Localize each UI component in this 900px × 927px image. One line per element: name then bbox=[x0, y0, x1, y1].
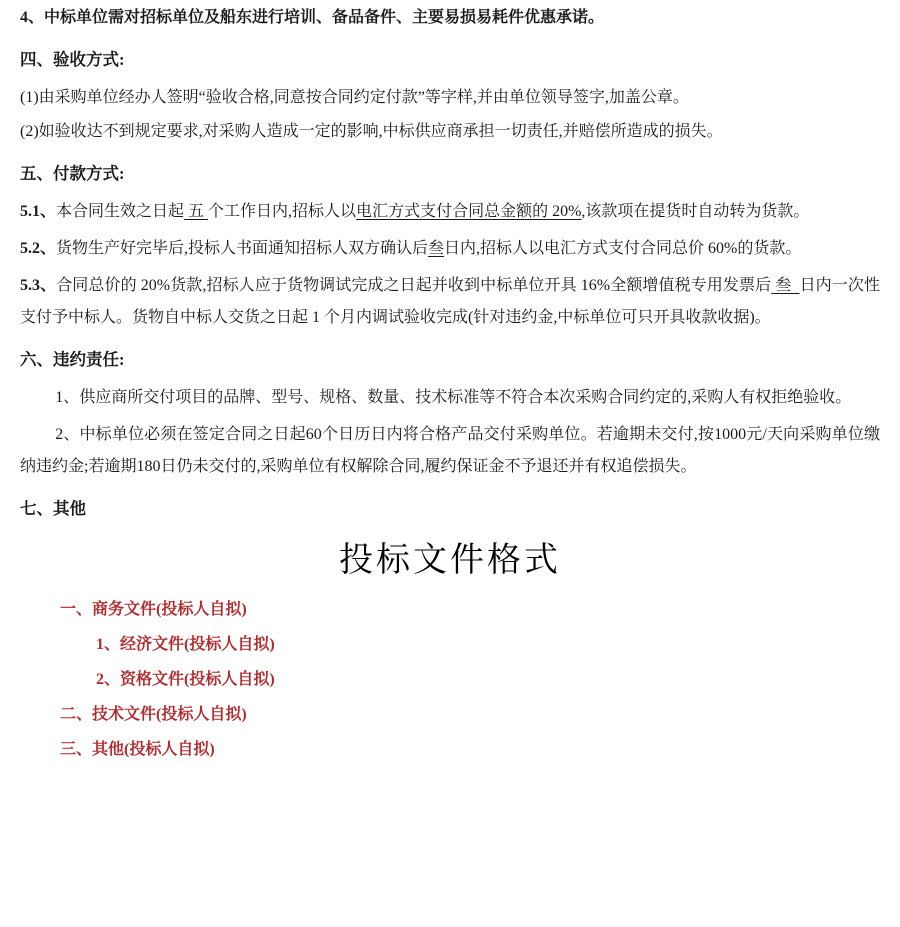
payment-clause-5-2-segment-1: 货物生产好完毕后,投标人书面通知招标人双方确认后 bbox=[56, 240, 428, 257]
toc-qualification-documents-segment-0: 2、资格文件(投标人自拟) bbox=[96, 671, 275, 688]
heading-acceptance: 四、验收方式: bbox=[20, 44, 880, 76]
acceptance-item-1-segment-0: (1)由采购单位经办人签明“验收合格,同意按合同约定付款”等字样,并由单位领导签… bbox=[20, 89, 689, 106]
heading-payment-segment-0: 五、付款方式: bbox=[20, 164, 125, 183]
payment-clause-5-2-segment-2: 叁 bbox=[428, 240, 444, 257]
toc-commercial-documents: 一、商务文件(投标人自拟) bbox=[20, 599, 880, 621]
breach-item-1: 1、供应商所交付项目的品牌、型号、规格、数量、技术标准等不符合本次采购合同约定的… bbox=[20, 382, 880, 414]
breach-item-2-segment-0: 2、中标单位必须在签定合同之日起60个日历日内将合格产品交付采购单位。若逾期未交… bbox=[20, 426, 880, 475]
clause-4: 4、中标单位需对招标单位及船东进行培训、备品备件、主要易损易耗件优惠承诺。 bbox=[20, 2, 880, 34]
payment-clause-5-3: 5.3、合同总价的 20%货款,招标人应于货物调试完成之日起并收到中标单位开具 … bbox=[20, 270, 880, 334]
heading-breach-segment-0: 六、违约责任: bbox=[20, 350, 125, 369]
breach-item-1-segment-0: 1、供应商所交付项目的品牌、型号、规格、数量、技术标准等不符合本次采购合同约定的… bbox=[55, 389, 851, 406]
payment-clause-5-1: 5.1、本合同生效之日起 五 个工作日内,招标人以电汇方式支付合同总金额的 20… bbox=[20, 196, 880, 228]
payment-clause-5-2: 5.2、货物生产好完毕后,投标人书面通知招标人双方确认后叁日内,招标人以电汇方式… bbox=[20, 233, 880, 265]
bid-document-format-title-segment-0: 投标文件格式 bbox=[339, 542, 561, 579]
toc-technical-documents-segment-0: 二、技术文件(投标人自拟) bbox=[60, 706, 247, 723]
heading-other-segment-0: 七、其他 bbox=[20, 499, 86, 518]
document-page: 4、中标单位需对招标单位及船东进行培训、备品备件、主要易损易耗件优惠承诺。四、验… bbox=[0, 0, 900, 927]
heading-payment: 五、付款方式: bbox=[20, 158, 880, 190]
toc-other-segment-0: 三、其他(投标人自拟) bbox=[60, 741, 215, 758]
toc-economic-documents-segment-0: 1、经济文件(投标人自拟) bbox=[96, 636, 275, 653]
toc-qualification-documents: 2、资格文件(投标人自拟) bbox=[20, 669, 880, 691]
toc-technical-documents: 二、技术文件(投标人自拟) bbox=[20, 704, 880, 726]
acceptance-item-2-segment-0: (2)如验收达不到规定要求,对采购人造成一定的影响,中标供应商承担一切责任,并赔… bbox=[20, 123, 723, 140]
payment-clause-5-1-segment-5: ,该款项在提货时自动转为货款。 bbox=[581, 203, 809, 220]
toc-commercial-documents-segment-0: 一、商务文件(投标人自拟) bbox=[60, 601, 247, 618]
payment-clause-5-3-segment-1: 合同总价的 20%货款,招标人应于货物调试完成之日起并收到中标单位开具 16%全… bbox=[56, 277, 771, 294]
clause-4-segment-0: 4、中标单位需对招标单位及船东进行培训、备品备件、主要易损易耗件优惠承诺。 bbox=[20, 9, 604, 26]
payment-clause-5-3-segment-0: 5.3、 bbox=[20, 277, 56, 294]
heading-acceptance-segment-0: 四、验收方式: bbox=[20, 50, 125, 69]
payment-clause-5-1-segment-3: 个工作日内,招标人以 bbox=[208, 203, 356, 220]
toc-other: 三、其他(投标人自拟) bbox=[20, 739, 880, 761]
payment-clause-5-3-segment-2: 叁 bbox=[771, 277, 799, 294]
acceptance-item-1: (1)由采购单位经办人签明“验收合格,同意按合同约定付款”等字样,并由单位领导签… bbox=[20, 82, 880, 114]
payment-clause-5-1-segment-4: 电汇方式支付合同总金额的 20% bbox=[356, 203, 581, 220]
payment-clause-5-1-segment-0: 5.1、 bbox=[20, 203, 56, 220]
toc-economic-documents: 1、经济文件(投标人自拟) bbox=[20, 634, 880, 656]
payment-clause-5-2-segment-0: 5.2、 bbox=[20, 240, 56, 257]
heading-breach: 六、违约责任: bbox=[20, 344, 880, 376]
payment-clause-5-2-segment-3: 日内,招标人以电汇方式支付合同总价 60%的货款。 bbox=[444, 240, 801, 257]
breach-item-2: 2、中标单位必须在签定合同之日起60个日历日内将合格产品交付采购单位。若逾期未交… bbox=[20, 419, 880, 483]
bid-document-format-title: 投标文件格式 bbox=[20, 539, 880, 583]
payment-clause-5-1-segment-1: 本合同生效之日起 bbox=[56, 203, 184, 220]
acceptance-item-2: (2)如验收达不到规定要求,对采购人造成一定的影响,中标供应商承担一切责任,并赔… bbox=[20, 116, 880, 148]
payment-clause-5-1-segment-2: 五 bbox=[184, 203, 208, 220]
heading-other: 七、其他 bbox=[20, 493, 880, 525]
